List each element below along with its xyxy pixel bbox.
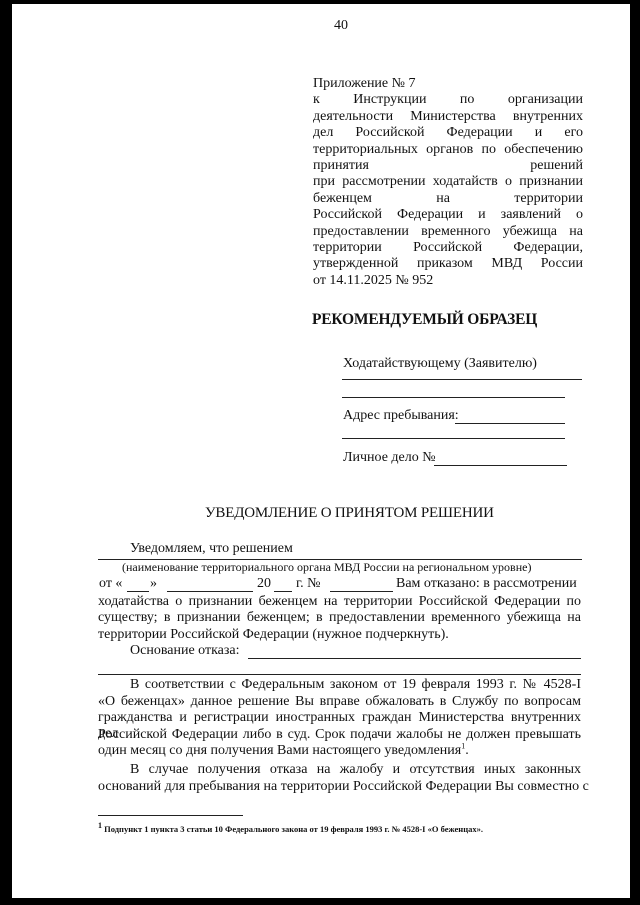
refusal-options-line: территории Российской Федерации (нужное … <box>98 627 449 643</box>
appeal-paragraph-line: В соответствии с Федеральным законом от … <box>130 677 581 693</box>
appendix-line: принятия решений <box>313 158 583 174</box>
date-day-field[interactable] <box>127 591 149 592</box>
appendix-line: дел Российской Федерации и его <box>313 125 583 141</box>
organ-caption: (наименование территориального органа МВ… <box>122 560 531 575</box>
grounds-field-2[interactable] <box>98 674 581 675</box>
notice-title: УВЕДОМЛЕНИЕ О ПРИНЯТОМ РЕШЕНИИ <box>205 505 494 522</box>
appendix-line: предоставлении временного убежища на <box>313 224 583 240</box>
appendix-line: Приложение № 7 <box>313 76 583 92</box>
addressee-name-field[interactable] <box>342 379 582 380</box>
personal-file-field[interactable] <box>434 465 567 466</box>
notice-intro: Уведомляем, что решением <box>130 541 293 557</box>
sample-heading: РЕКОМЕНДУЕМЫЙ ОБРАЗЕЦ <box>312 311 537 329</box>
document-page: 40 Приложение № 7 к Инструкции по органи… <box>12 4 630 898</box>
footnote: 1 Подпункт 1 пункта 3 статьи 10 Федераль… <box>98 824 483 834</box>
personal-file-label: Личное дело № <box>343 450 436 466</box>
appendix-line: утвержденной приказом МВД России <box>313 256 583 272</box>
year-suffix: г. № <box>296 576 321 592</box>
appendix-line: деятельности Министерства внутренних <box>313 109 583 125</box>
appeal-paragraph-line: «О беженцах» данное решение Вы вправе об… <box>98 694 581 710</box>
refusal-options-line: ходатайства о признании беженцем на терр… <box>98 594 581 610</box>
addressee-name-field-2[interactable] <box>342 397 565 398</box>
refusal-consequence-line: В случае получения отказа на жалобу и от… <box>130 762 581 778</box>
refusal-options-line: существу; в признании беженцем; в предос… <box>98 610 581 626</box>
address-field[interactable] <box>455 423 565 424</box>
address-field-2[interactable] <box>342 438 565 439</box>
appendix-line: территории Российской Федерации, <box>313 240 583 256</box>
appeal-paragraph-last: один месяц со дня получения Вами настоящ… <box>98 743 469 759</box>
date-year-field[interactable] <box>274 591 292 592</box>
date-prefix: от « <box>99 576 122 592</box>
appendix-line: к Инструкции по организации <box>313 92 583 108</box>
grounds-label: Основание отказа: <box>130 643 240 659</box>
grounds-field[interactable] <box>248 658 581 659</box>
page-number: 40 <box>334 18 348 34</box>
year-prefix: 20 <box>257 576 271 592</box>
appendix-line: территориальных органов по обеспечению <box>313 142 583 158</box>
appeal-paragraph-line: Российской Федерации либо в суд. Срок по… <box>98 727 581 743</box>
date-quote-close: » <box>150 576 157 592</box>
appendix-line: от 14.11.2025 № 952 <box>313 273 583 289</box>
address-label: Адрес пребывания: <box>343 408 459 424</box>
addressee-label: Ходатайствующему (Заявителю) <box>343 356 537 372</box>
appendix-line: Российской Федерации и заявлений о <box>313 207 583 223</box>
decision-number-field[interactable] <box>330 591 393 592</box>
date-month-field[interactable] <box>167 591 253 592</box>
appendix-header: Приложение № 7 к Инструкции по организац… <box>313 76 583 289</box>
appendix-line: при рассмотрении ходатайств о признании <box>313 174 583 190</box>
refusal-text: Вам отказано: в рассмотрении <box>396 576 577 592</box>
appendix-line: беженцем на территории <box>313 191 583 207</box>
footnote-separator <box>98 815 243 816</box>
refusal-consequence-line: оснований для пребывания на территории Р… <box>98 779 581 795</box>
